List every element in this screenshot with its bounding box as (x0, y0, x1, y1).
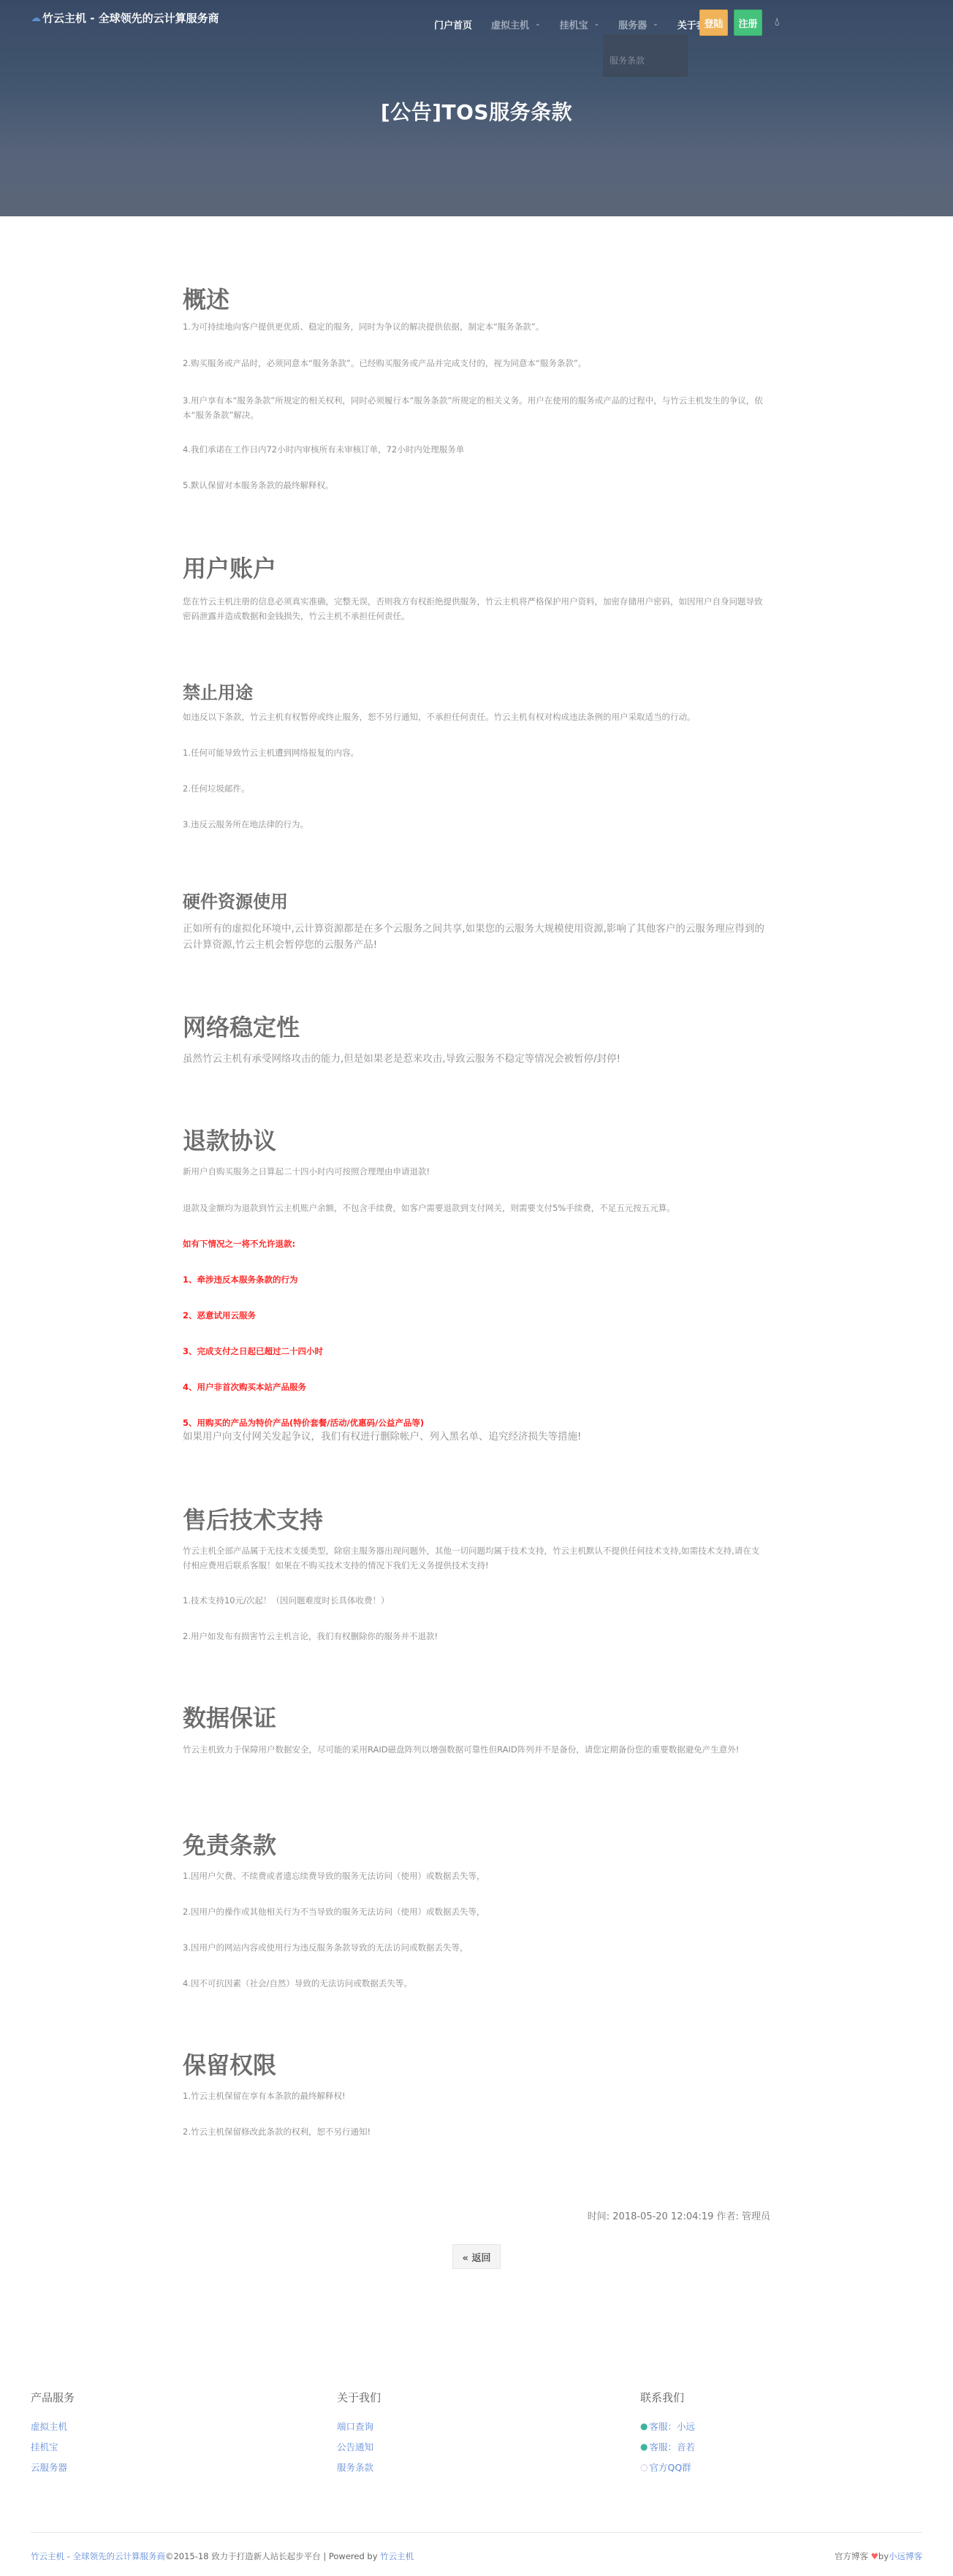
footer-blog: 官方博客 ♥by小远博客 (835, 2550, 922, 2562)
footer-heading: 联系我们 (640, 2390, 695, 2406)
refund-p2: 退款及金额均为退款到竹云主机账户余额，不包含手续费，如客户需要退款到支付网关，则… (183, 1201, 767, 1215)
chat-bubbles-icon: ◌ (640, 2462, 648, 2472)
qq-penguin-icon: ● (640, 2442, 648, 2452)
cloud-icon: ☁ (31, 12, 41, 24)
section-title-account: 用户账户 (183, 555, 767, 582)
section-title-refund: 退款协议 (183, 1128, 767, 1154)
disclaimer-item: 4.因不可抗因素（社会/自然）导致的无法访问或数据丢失等。 (183, 1976, 767, 1991)
section-title-data: 数据保证 (183, 1705, 767, 1731)
hero-banner: ☁ 竹云主机 - 全球领先的云计算服务商 门户首页 虚拟主机⌄ 挂机宝⌄ 服务器… (0, 0, 953, 216)
back-button[interactable]: « 返回 (452, 2244, 501, 2269)
prohibited-intro: 如违反以下条款，竹云主机有权暂停或终止服务，恕不另行通知，不承担任何责任。竹云主… (183, 710, 767, 724)
footer-link-support-xiaoyuan[interactable]: ●客服：小远 (640, 2416, 695, 2436)
nav-label: 门户首页 (434, 18, 472, 31)
prohibited-item: 3.违反云服务所在地法律的行为。 (183, 817, 767, 832)
nav-label: 虚拟主机 (491, 18, 529, 31)
overview-item: 1.为可持续地向客户提供更优质、稳定的服务，同时为争议的解决提供依据，制定本“服… (183, 319, 767, 334)
refund-p1: 新用户自购买服务之日算起二十四小时内可按照合理理由申请退款! (183, 1164, 767, 1179)
data-text: 竹云主机致力于保障用户数据安全，尽可能的采用RAID磁盘阵列以增强数据可靠性但R… (183, 1742, 767, 1757)
copyright-text: ©2015-18 致力于打造新人站长起步平台 | Powered by (165, 2551, 380, 2561)
nav-home[interactable]: 门户首页 (434, 13, 472, 35)
footer-link-virtual-host[interactable]: 虚拟主机 (31, 2416, 75, 2436)
nav-label: 挂机宝 (560, 18, 588, 31)
hardware-text: 正如所有的虚拟化环境中,云计算资源都是在多个云服务之间共享,如果您的云服务大规模… (183, 921, 767, 953)
refund-closing: 如果用户向支付网关发起争议，我们有权进行删除帐户、列入黑名单、追究经济损失等措施… (183, 1429, 767, 1445)
footer-brand-link[interactable]: 竹云主机 - 全球领先的云计算服务商 (31, 2551, 165, 2561)
footer-link-cloud-server[interactable]: 云服务器 (31, 2457, 75, 2477)
network-text: 虽然竹云主机有承受网络攻击的能力,但是如果老是惹来攻击,导致云服务不稳定等情况会… (183, 1051, 767, 1067)
site-logo[interactable]: ☁ 竹云主机 - 全球领先的云计算服务商 (31, 10, 219, 26)
nav-server[interactable]: 服务器⌄ (618, 13, 658, 35)
footer-heading: 关于我们 (337, 2390, 381, 2406)
rights-item: 1.竹云主机保留在享有本条款的最终解释权! (183, 2089, 767, 2103)
brand-name: 竹云主机 - 全球领先的云计算服务商 (42, 10, 219, 26)
prohibited-item: 1.任何可能导致竹云主机遭到网络报复的内容。 (183, 745, 767, 760)
blog-label: 官方博客 (835, 2551, 871, 2561)
login-button[interactable]: 登陆 (699, 10, 728, 36)
nav-virtual-host[interactable]: 虚拟主机⌄ (491, 13, 541, 35)
nav-label: 服务器 (618, 18, 647, 31)
overview-item: 2.购买服务或产品时，必须同意本“服务条款”。已经购买服务或产品并完成支付的，视… (183, 356, 767, 371)
chevron-down-icon: ⌄ (594, 20, 600, 28)
section-title-hardware: 硬件资源使用 (183, 892, 767, 912)
chevron-down-icon: ⌄ (653, 20, 658, 28)
footer-copyright: 竹云主机 - 全球领先的云计算服务商©2015-18 致力于打造新人站长起步平台… (31, 2550, 414, 2562)
refund-red-item: 1、牵涉违反本服务条款的行为 (183, 1272, 767, 1287)
support-text: 竹云主机全部产品属于无技术支援类型，除宿主服务器出现问题外，其他一切问题均属于技… (183, 1543, 767, 1573)
section-title-overview: 概述 (183, 286, 767, 313)
refund-warning: 如有下情况之一将不允许退款: (183, 1236, 767, 1251)
section-title-disclaimer: 免责条款 (183, 1832, 767, 1858)
footer-heading: 产品服务 (31, 2390, 75, 2406)
rights-item: 2.竹云主机保留修改此条款的权利，恕不另行通知! (183, 2124, 767, 2139)
by-text: by (878, 2551, 889, 2561)
footer-link-port-query[interactable]: 端口查询 (337, 2416, 381, 2436)
contact-label: 客服：小远 (649, 2420, 695, 2433)
powered-by-link[interactable]: 竹云主机 (380, 2551, 414, 2561)
footer-link-tos[interactable]: 服务条款 (337, 2457, 381, 2477)
footer-col-about: 关于我们 端口查询 公告通知 服务条款 (337, 2390, 381, 2477)
prohibited-item: 2.任何垃圾邮件。 (183, 781, 767, 796)
support-item: 2.用户如发布有损害竹云主机言论，我们有权删除你的服务并不退款! (183, 1629, 767, 1644)
footer-link-qq-group[interactable]: ◌官方QQ群 (640, 2457, 695, 2477)
section-title-network: 网络稳定性 (183, 1014, 767, 1041)
refund-red-item: 3、完成支付之日起已超过二十四小时 (183, 1344, 767, 1359)
footer-col-contact: 联系我们 ●客服：小远 ●客服：音若 ◌官方QQ群 (640, 2390, 695, 2477)
account-text: 您在竹云主机注册的信息必须真实准确，完整无误，否则我方有权拒绝提供服务，竹云主机… (183, 594, 767, 623)
disclaimer-item: 2.因用户的操作或其他相关行为不当导致的服务无法访问（使用）或数据丢失等， (183, 1904, 767, 1919)
dropdown-item-tos[interactable]: 服务条款 (610, 54, 645, 67)
chevron-down-icon: ⌄ (535, 20, 541, 28)
support-item: 1.技术支持10元/次起！（因问题难度时长具体收费！） (183, 1593, 767, 1608)
section-title-support: 售后技术支持 (183, 1507, 767, 1533)
refund-red-item: 4、用户非首次购买本站产品服务 (183, 1380, 767, 1394)
qq-penguin-icon: ● (640, 2421, 648, 2431)
page-title: [公告]TOS服务条款 (0, 96, 953, 126)
nav-vps-box[interactable]: 挂机宝⌄ (560, 13, 600, 35)
overview-item: 3.用户享有本“服务条款”所规定的相关权利，同时必须履行本“服务条款”所规定的相… (183, 393, 767, 422)
footer-link-support-yinruo[interactable]: ●客服：音若 (640, 2436, 695, 2457)
footer-link-vps-box[interactable]: 挂机宝 (31, 2436, 75, 2457)
disclaimer-item: 3.因用户的网站内容或使用行为违反服务条款导致的无法访问或数据丢失等， (183, 1940, 767, 1955)
post-meta: 时间: 2018-05-20 12:04:19 作者: 管理员 (588, 2208, 770, 2222)
disclaimer-item: 1.因用户欠费、不续费或者遗忘续费导致的服务无法访问（使用）或数据丢失等， (183, 1869, 767, 1883)
footer-col-products: 产品服务 虚拟主机 挂机宝 云服务器 (31, 2390, 75, 2477)
footer-link-announcements[interactable]: 公告通知 (337, 2436, 381, 2457)
blog-link[interactable]: 小远博客 (889, 2551, 922, 2561)
overview-item: 5.默认保留对本服务条款的最终解释权。 (183, 478, 767, 493)
section-title-rights: 保留权限 (183, 2052, 767, 2078)
heart-icon: ♥ (871, 2551, 878, 2561)
about-dropdown-menu: 服务条款 (603, 34, 688, 77)
refund-red-item: 5、用购买的产品为特价产品(特价套餐/活动/优惠码/公益产品等) (183, 1416, 767, 1430)
section-title-prohibited: 禁止用途 (183, 683, 767, 703)
droplet-icon[interactable]: 💧︎ (775, 15, 779, 29)
register-button[interactable]: 注册 (734, 10, 762, 36)
footer-divider (31, 2532, 922, 2533)
contact-label: 客服：音若 (649, 2440, 695, 2453)
overview-item: 4.我们承诺在工作日内72小时内审核所有未审核订单，72小时内处理服务单 (183, 442, 767, 457)
contact-label: 官方QQ群 (649, 2461, 691, 2474)
refund-red-item: 2、恶意试用云服务 (183, 1308, 767, 1323)
